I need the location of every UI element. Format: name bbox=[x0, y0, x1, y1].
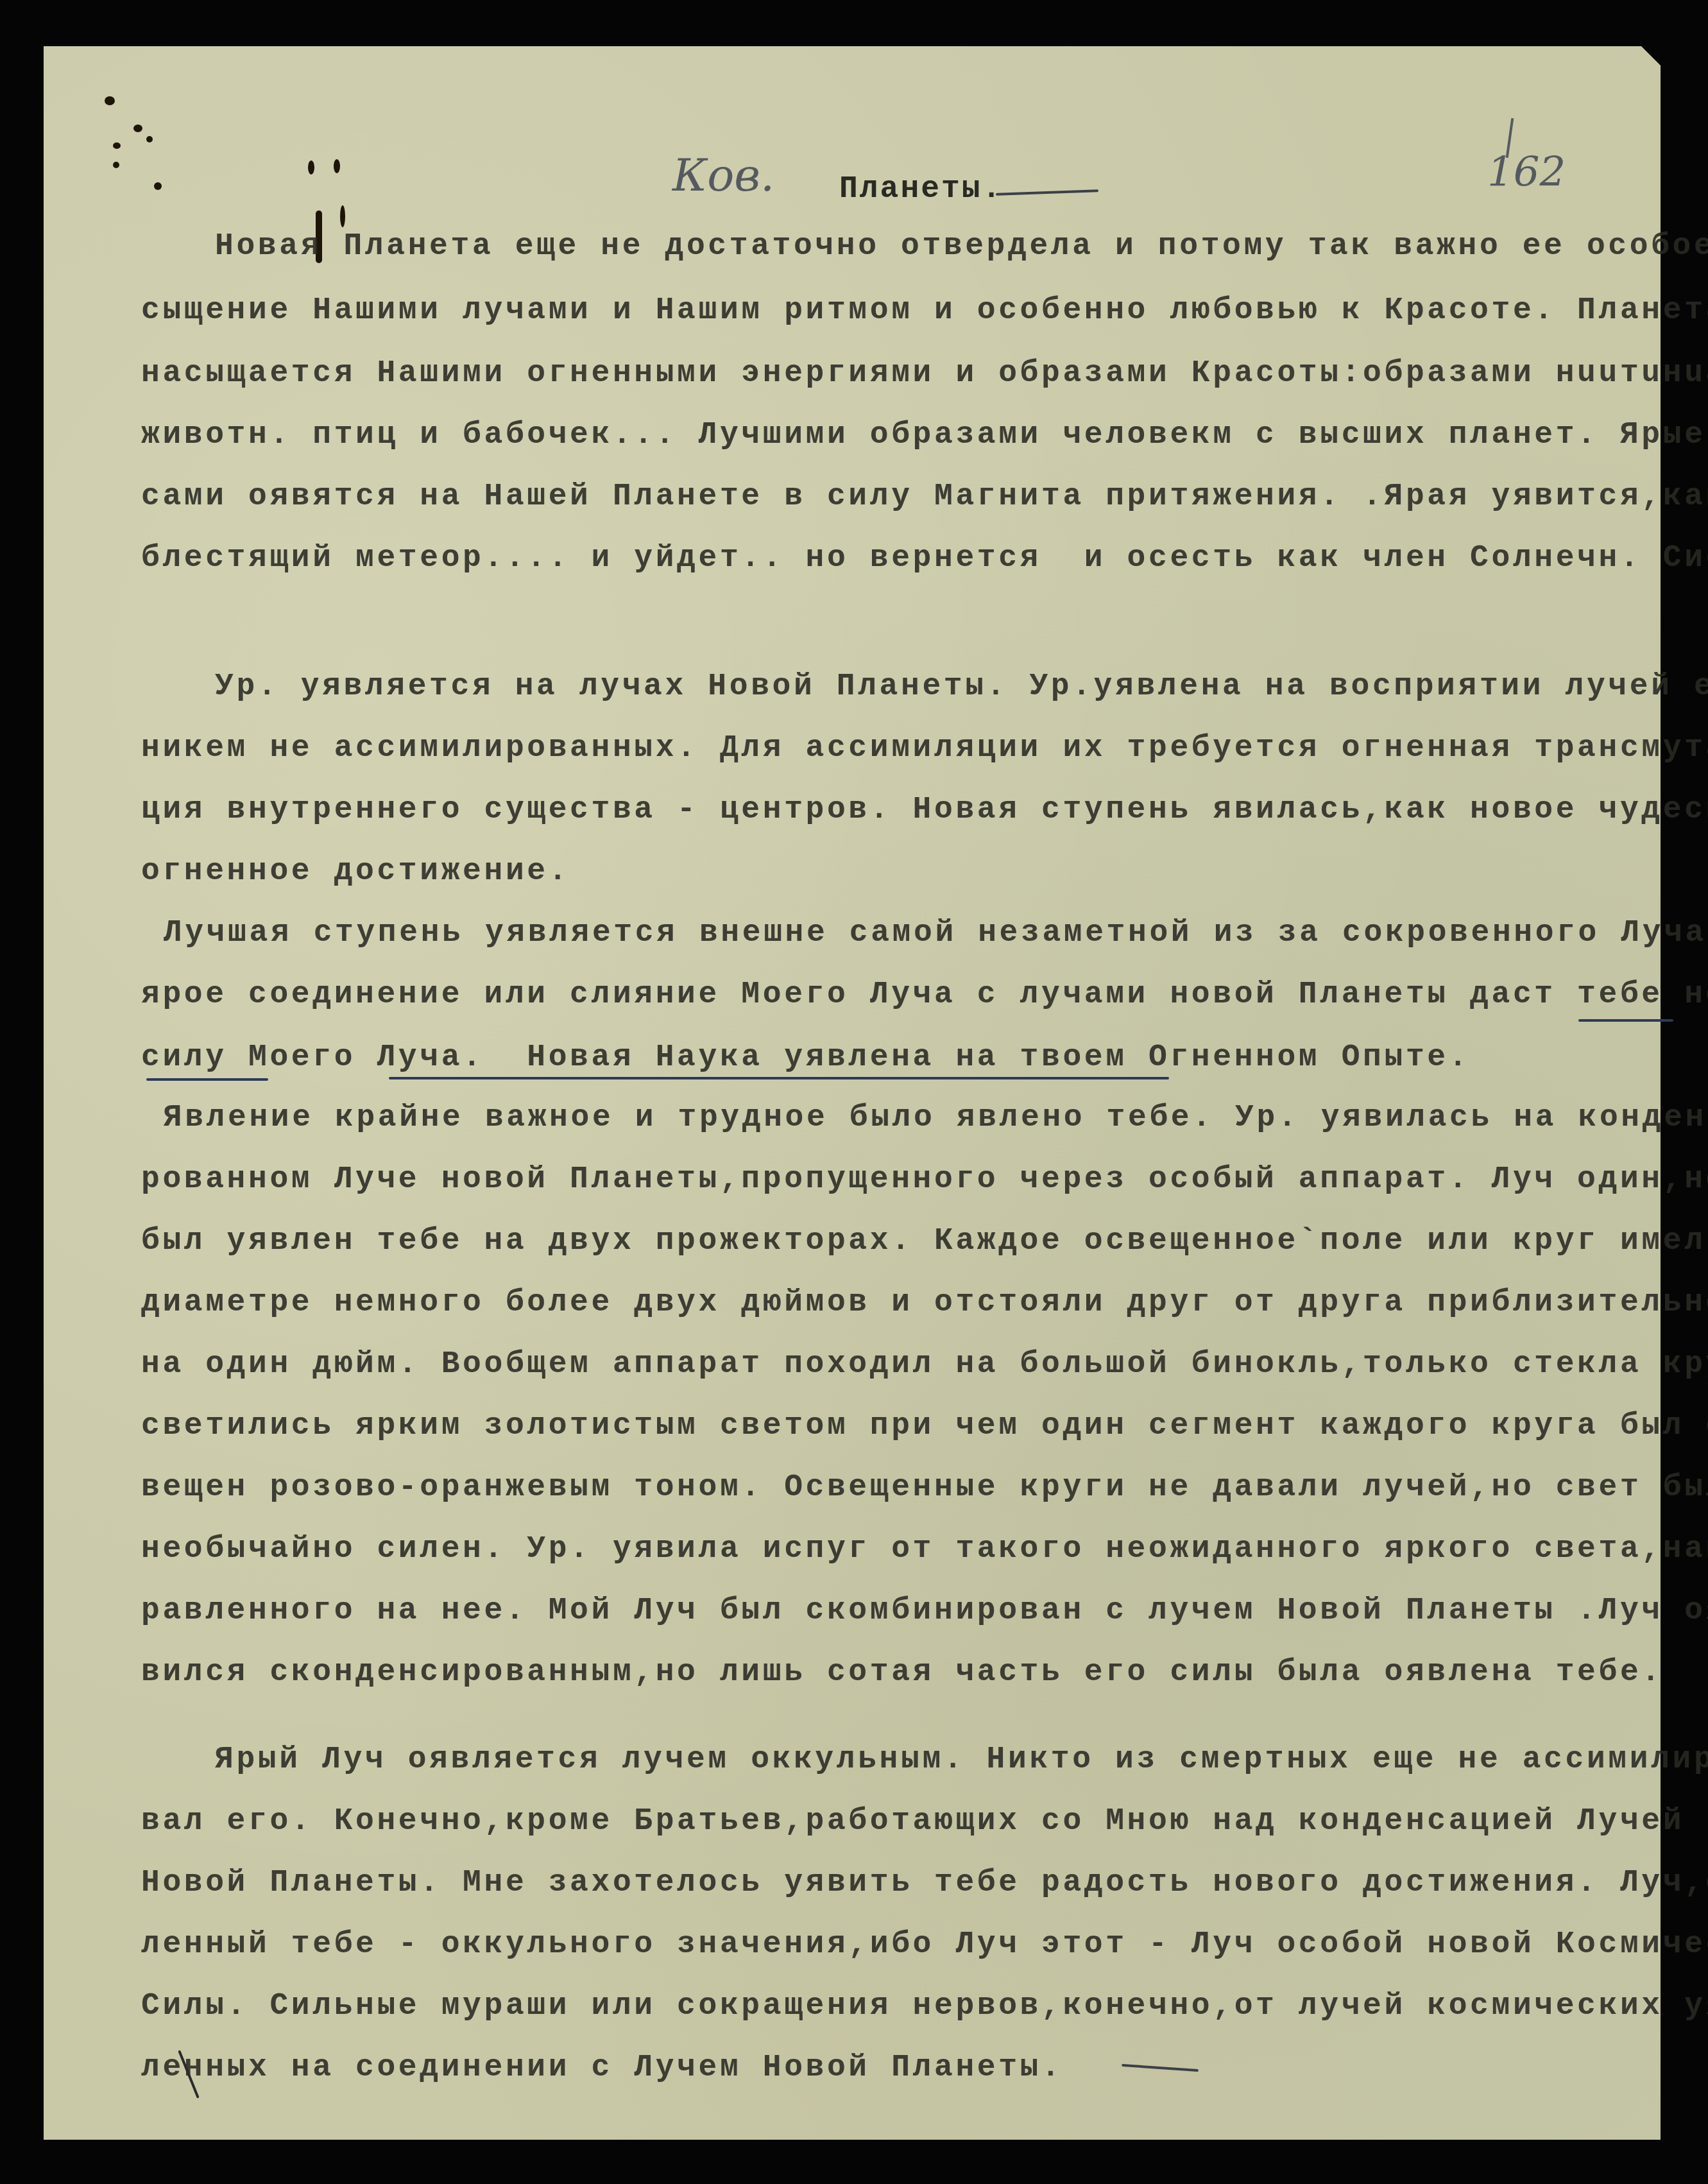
text-line: Силы. Сильные мураши или сокращения нерв… bbox=[141, 1987, 1708, 2025]
text-line: Ярый Луч оявляется лучем оккульным. Никт… bbox=[108, 1741, 1708, 1779]
text-line: был уявлен тебе на двух прожекторах. Каж… bbox=[141, 1222, 1708, 1260]
punch-hole bbox=[113, 162, 119, 168]
typewritten-page: Ков. Планеты. 162 Новая Планета еще не д… bbox=[44, 46, 1661, 2140]
text-line: ленных на соединении с Лучем Новой Плане… bbox=[141, 2049, 1063, 2087]
text-line: вился сконденсированным,но лишь сотая ча… bbox=[141, 1653, 1663, 1692]
text-line: огненное достижение. bbox=[141, 852, 570, 891]
punch-hole bbox=[340, 205, 345, 227]
text-line: ленный тебе - оккульного значения,ибо Лу… bbox=[141, 1925, 1708, 1964]
text-line: рованном Луче новой Планеты,пропущенного… bbox=[141, 1160, 1708, 1199]
text-line: сыщение Нашими лучами и Нашим ритмом и о… bbox=[141, 291, 1708, 330]
pen-underline bbox=[146, 1078, 268, 1081]
text-line: силу Моего Луча. Новая Наука уявлена на … bbox=[141, 1038, 1470, 1077]
title-underline bbox=[996, 189, 1098, 196]
text-line: светились ярким золотистым светом при че… bbox=[141, 1407, 1708, 1445]
text-line: насыщается Нашими огненными энергиями и … bbox=[141, 354, 1708, 393]
punch-hole bbox=[146, 136, 153, 142]
text-line: животн. птиц и бабочек... Лучшими образа… bbox=[141, 416, 1706, 454]
page-number: 162 bbox=[1487, 149, 1566, 196]
text-line: Новая Планета еще не достаточно отвердел… bbox=[108, 227, 1708, 266]
pen-underline bbox=[389, 1077, 1169, 1079]
text-line: никем не ассимилированных. Для ассимиляц… bbox=[141, 729, 1708, 768]
punch-hole bbox=[105, 96, 115, 105]
corner-fold bbox=[1641, 46, 1661, 65]
punch-hole bbox=[133, 125, 142, 132]
text-line: сами оявятся на Нашей Планете в силу Маг… bbox=[141, 477, 1708, 516]
punch-hole bbox=[154, 182, 162, 190]
page-title: Планеты. bbox=[839, 172, 1002, 207]
text-line: Лучшая ступень уявляется внешне самой не… bbox=[121, 914, 1708, 952]
punch-hole bbox=[334, 159, 340, 173]
text-line: Ур. уявляется на лучах Новой Планеты. Ур… bbox=[108, 667, 1708, 706]
pen-underline bbox=[1578, 1019, 1673, 1022]
pen-dash bbox=[1122, 2064, 1199, 2072]
text-line: вал его. Конечно,кроме Братьев,работающи… bbox=[141, 1802, 1684, 1841]
text-line: ция внутреннего существа - центров. Нова… bbox=[141, 791, 1708, 829]
text-line: Явление крайне важное и трудное было явл… bbox=[121, 1099, 1708, 1137]
text-line: ярое соединение или слияние Моего Луча с… bbox=[141, 976, 1708, 1014]
text-line: диаметре немного более двух дюймов и отс… bbox=[141, 1284, 1708, 1322]
text-line: необычайно силен. Ур. уявила испуг от та… bbox=[141, 1530, 1708, 1569]
punch-hole bbox=[113, 142, 121, 149]
text-line: на один дюйм. Вообщем аппарат походил на… bbox=[141, 1345, 1708, 1384]
text-line: вещен розово-оранжевым тоном. Освещенные… bbox=[141, 1468, 1708, 1507]
text-line: Новой Планеты. Мне захотелось уявить теб… bbox=[141, 1864, 1708, 1902]
handwritten-note: Ков. bbox=[672, 149, 774, 202]
text-line: равленного на нее. Мой Луч был скомбинир… bbox=[141, 1592, 1708, 1630]
text-line: блестящий метеор.... и уйдет.. но вернет… bbox=[141, 539, 1708, 578]
punch-hole bbox=[308, 160, 314, 175]
